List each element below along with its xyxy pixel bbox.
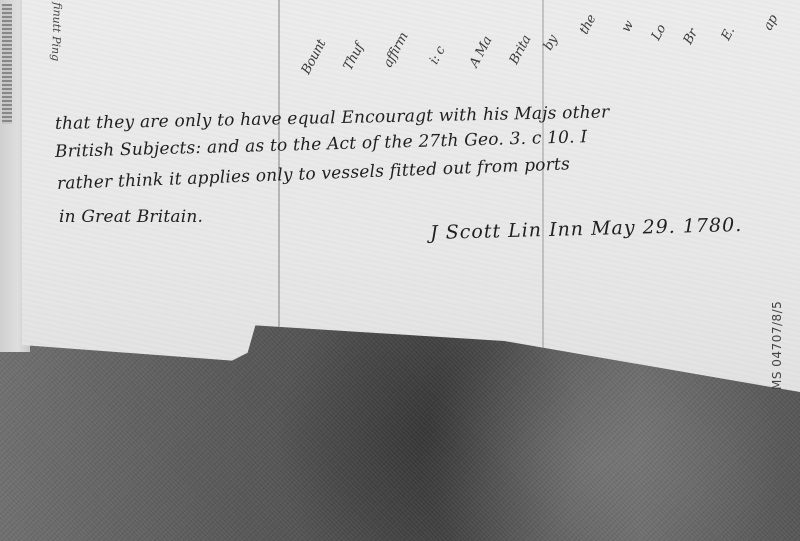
rotated-fragment: E. (719, 25, 738, 43)
rotated-fragment: affirm (381, 30, 412, 70)
letter-line-4: in Great Britain. (59, 207, 203, 227)
archive-shelfmark: MS 04707/8/5 (770, 301, 784, 390)
manuscript-sheet: finutt Ping Bount Thuf affirm i: c A Ma … (22, 0, 800, 392)
rotated-fragment: A Ma (467, 34, 496, 70)
rotated-fragment: Lo (649, 22, 670, 43)
rotated-fragment: ap (761, 13, 781, 33)
margin-vertical-text: finutt Ping (49, 2, 64, 61)
rotated-fragment: i: c (427, 44, 449, 67)
rotated-fragment: Brita (507, 33, 535, 67)
rotated-fragment: Bount (299, 37, 330, 77)
rotated-fragment: Thuf (341, 41, 367, 73)
rotated-fragment: Br (681, 27, 701, 47)
rotated-fragment: the (577, 12, 600, 37)
upside-page-fragments: Bount Thuf affirm i: c A Ma Brita by the… (322, 0, 800, 70)
rotated-fragment: by (541, 33, 561, 53)
rotated-fragment: w (619, 19, 637, 35)
edge-handwriting (2, 4, 12, 124)
